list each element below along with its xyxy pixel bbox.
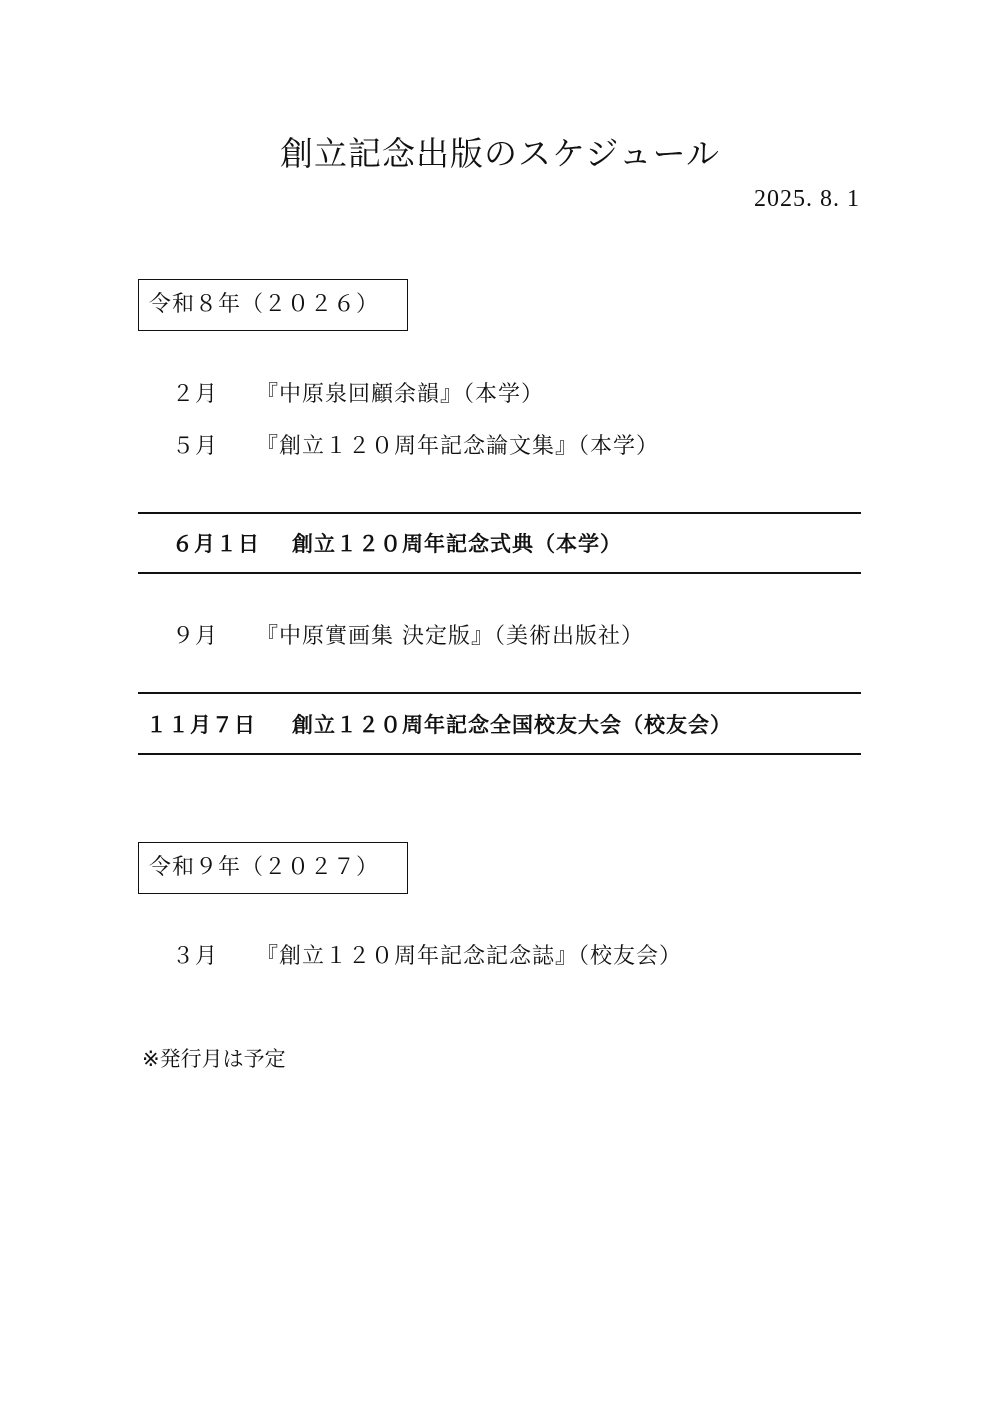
entry-text: 『中原實画集 決定版』（美術出版社） bbox=[256, 624, 644, 649]
schedule-entry: ５月『創立１２０周年記念論文集』（本学） bbox=[172, 429, 659, 460]
event-band-alumni-convention: １１月７日創立１２０周年記念全国校友大会（校友会） bbox=[138, 692, 861, 755]
year-heading-2027: 令和９年（２０２７） bbox=[138, 842, 408, 894]
entry-month: ９月 bbox=[172, 619, 256, 650]
year-heading-2026: 令和８年（２０２６） bbox=[138, 279, 408, 331]
event-date: ６月１日 bbox=[172, 528, 292, 558]
event-text: 創立１２０周年記念全国校友大会（校友会） bbox=[292, 713, 732, 737]
entry-month: ２月 bbox=[172, 377, 256, 408]
entry-text: 『創立１２０周年記念論文集』（本学） bbox=[256, 434, 659, 459]
entry-text: 『中原泉回顧余韻』（本学） bbox=[256, 382, 544, 407]
page-title: 創立記念出版のスケジュール bbox=[0, 128, 1000, 175]
entry-text: 『創立１２０周年記念記念誌』（校友会） bbox=[256, 944, 682, 969]
schedule-entry: ３月『創立１２０周年記念記念誌』（校友会） bbox=[172, 939, 682, 970]
schedule-entry: ２月『中原泉回顧余韻』（本学） bbox=[172, 377, 544, 408]
entry-month: ５月 bbox=[172, 429, 256, 460]
event-date: １１月７日 bbox=[146, 709, 292, 739]
event-band-ceremony: ６月１日創立１２０周年記念式典（本学） bbox=[138, 512, 861, 574]
event-text: 創立１２０周年記念式典（本学） bbox=[292, 532, 622, 556]
document-date: 2025. 8. 1 bbox=[754, 186, 860, 213]
schedule-entry: ９月『中原實画集 決定版』（美術出版社） bbox=[172, 619, 644, 650]
footnote: ※発行月は予定 bbox=[142, 1043, 286, 1073]
entry-month: ３月 bbox=[172, 939, 256, 970]
